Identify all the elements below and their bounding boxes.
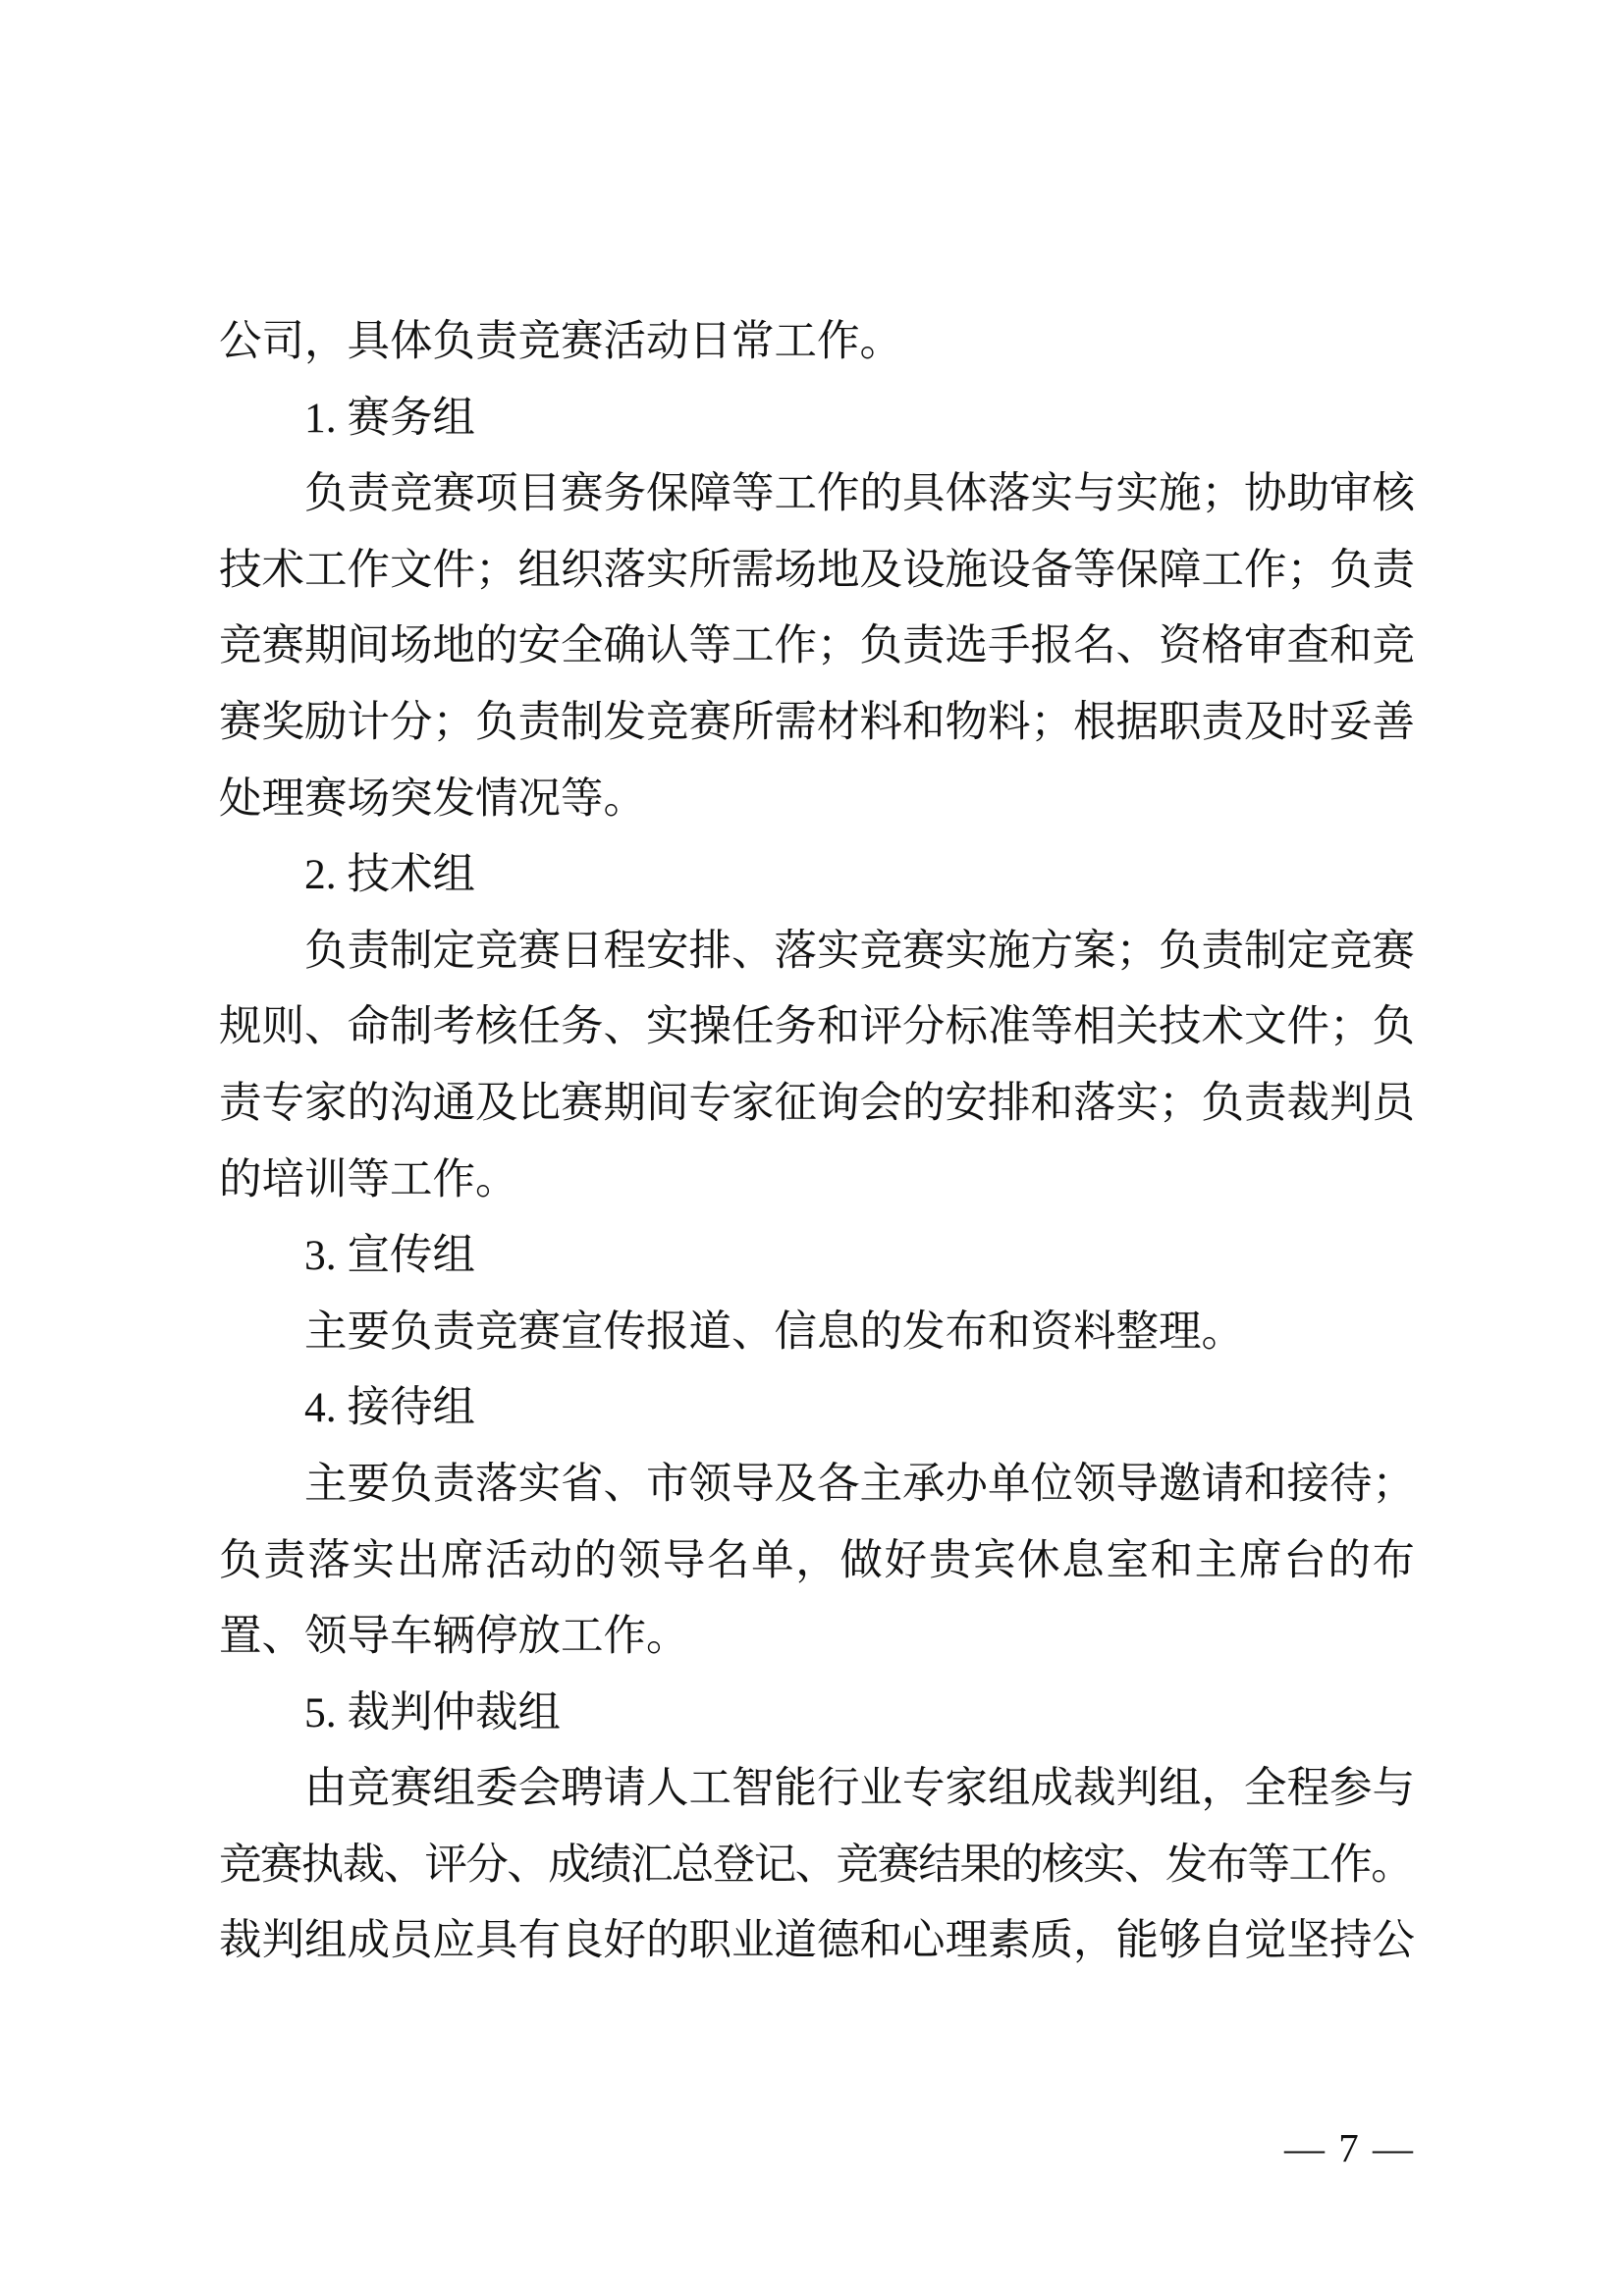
text-line: 竞赛期间场地的安全确认等工作；负责选手报名、资格审查和竞 bbox=[219, 609, 1415, 685]
text-line: 规则、命制考核任务、实操任务和评分标准等相关技术文件；负 bbox=[219, 989, 1415, 1066]
text-line: 处理赛场突发情况等。 bbox=[219, 762, 1415, 838]
text-line: 负责竞赛项目赛务保障等工作的具体落实与实施；协助审核 bbox=[219, 456, 1415, 533]
text-line: 负责制定竞赛日程安排、落实竞赛实施方案；负责制定竞赛 bbox=[219, 914, 1415, 990]
document-body: 公司，具体负责竞赛活动日常工作。 1. 赛务组 负责竞赛项目赛务保障等工作的具体… bbox=[219, 304, 1415, 1980]
text-line: 置、领导车辆停放工作。 bbox=[219, 1599, 1415, 1676]
text-line: 主要负责竞赛宣传报道、信息的发布和资料整理。 bbox=[219, 1295, 1415, 1371]
heading-group-1: 1. 赛务组 bbox=[219, 381, 1415, 457]
heading-group-4: 4. 接待组 bbox=[219, 1370, 1415, 1447]
heading-group-3: 3. 宣传组 bbox=[219, 1218, 1415, 1295]
page-number: — 7 — bbox=[1284, 2123, 1415, 2172]
text-line-continuation: 公司，具体负责竞赛活动日常工作。 bbox=[219, 304, 1415, 381]
text-line: 竞赛执裁、评分、成绩汇总登记、竞赛结果的核实、发布等工作。 bbox=[219, 1828, 1415, 1904]
text-line: 主要负责落实省、市领导及各主承办单位领导邀请和接待； bbox=[219, 1447, 1415, 1523]
text-line: 裁判组成员应具有良好的职业道德和心理素质，能够自觉坚持公 bbox=[219, 1903, 1415, 1980]
text-line: 责专家的沟通及比赛期间专家征询会的安排和落实；负责裁判员 bbox=[219, 1066, 1415, 1143]
text-line: 由竞赛组委会聘请人工智能行业专家组成裁判组，全程参与 bbox=[219, 1751, 1415, 1828]
text-line: 技术工作文件；组织落实所需场地及设施设备等保障工作；负责 bbox=[219, 533, 1415, 610]
text-line: 赛奖励计分；负责制发竞赛所需材料和物料；根据职责及时妥善 bbox=[219, 685, 1415, 762]
heading-group-2: 2. 技术组 bbox=[219, 837, 1415, 914]
heading-group-5: 5. 裁判仲裁组 bbox=[219, 1676, 1415, 1752]
text-line: 的培训等工作。 bbox=[219, 1143, 1415, 1219]
text-line: 负责落实出席活动的领导名单，做好贵宾休息室和主席台的布 bbox=[219, 1523, 1415, 1600]
document-page: 公司，具体负责竞赛活动日常工作。 1. 赛务组 负责竞赛项目赛务保障等工作的具体… bbox=[0, 0, 1624, 2296]
